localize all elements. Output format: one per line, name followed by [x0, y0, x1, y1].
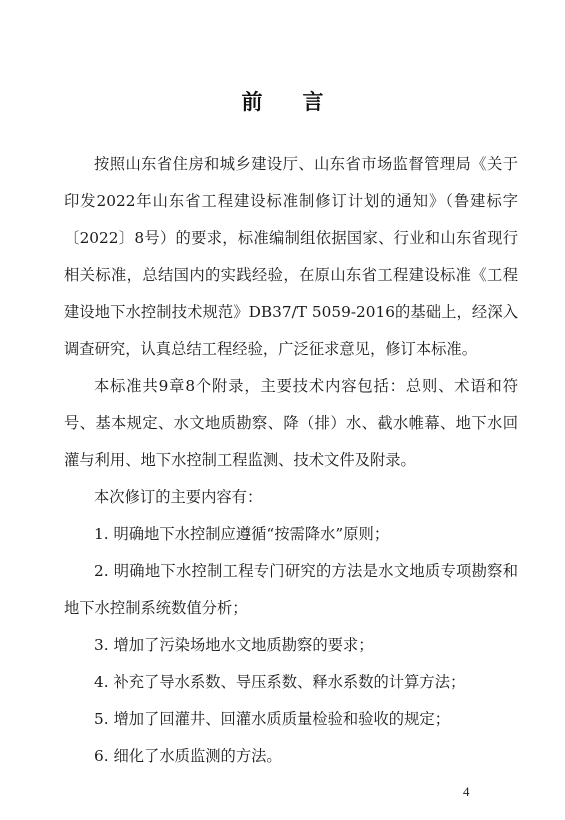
- revision-item-4: 4. 补充了导水系数、导压系数、释水系数的计算方法；: [64, 664, 518, 701]
- revision-item-3: 3. 增加了污染场地水文地质勘察的要求；: [64, 627, 518, 664]
- paragraph-contents: 本标准共9章8个附录，主要技术内容包括：总则、术语和符号、基本规定、水文地质勘察…: [64, 368, 518, 479]
- title-char-2: 言: [303, 86, 324, 116]
- page-title: 前言: [0, 86, 565, 116]
- page-number: 4: [463, 784, 470, 800]
- revision-item-2: 2. 明确地下水控制工程专门研究的方法是水文地质专项勘察和地下水控制系统数值分析…: [64, 553, 518, 627]
- paragraph-background: 按照山东省住房和城乡建设厅、山东省市场监督管理局《关于印发2022年山东省工程建…: [64, 146, 518, 368]
- revision-item-5: 5. 增加了回灌井、回灌水质质量检验和验收的规定；: [64, 701, 518, 738]
- revision-item-6: 6. 细化了水质监测的方法。: [64, 738, 518, 775]
- document-body: 按照山东省住房和城乡建设厅、山东省市场监督管理局《关于印发2022年山东省工程建…: [64, 146, 518, 775]
- document-page: 前言 按照山东省住房和城乡建设厅、山东省市场监督管理局《关于印发2022年山东省…: [0, 0, 565, 820]
- title-char-1: 前: [242, 86, 263, 116]
- revision-item-1: 1. 明确地下水控制应遵循“按需降水”原则；: [64, 516, 518, 553]
- paragraph-revisions-intro: 本次修订的主要内容有：: [64, 479, 518, 516]
